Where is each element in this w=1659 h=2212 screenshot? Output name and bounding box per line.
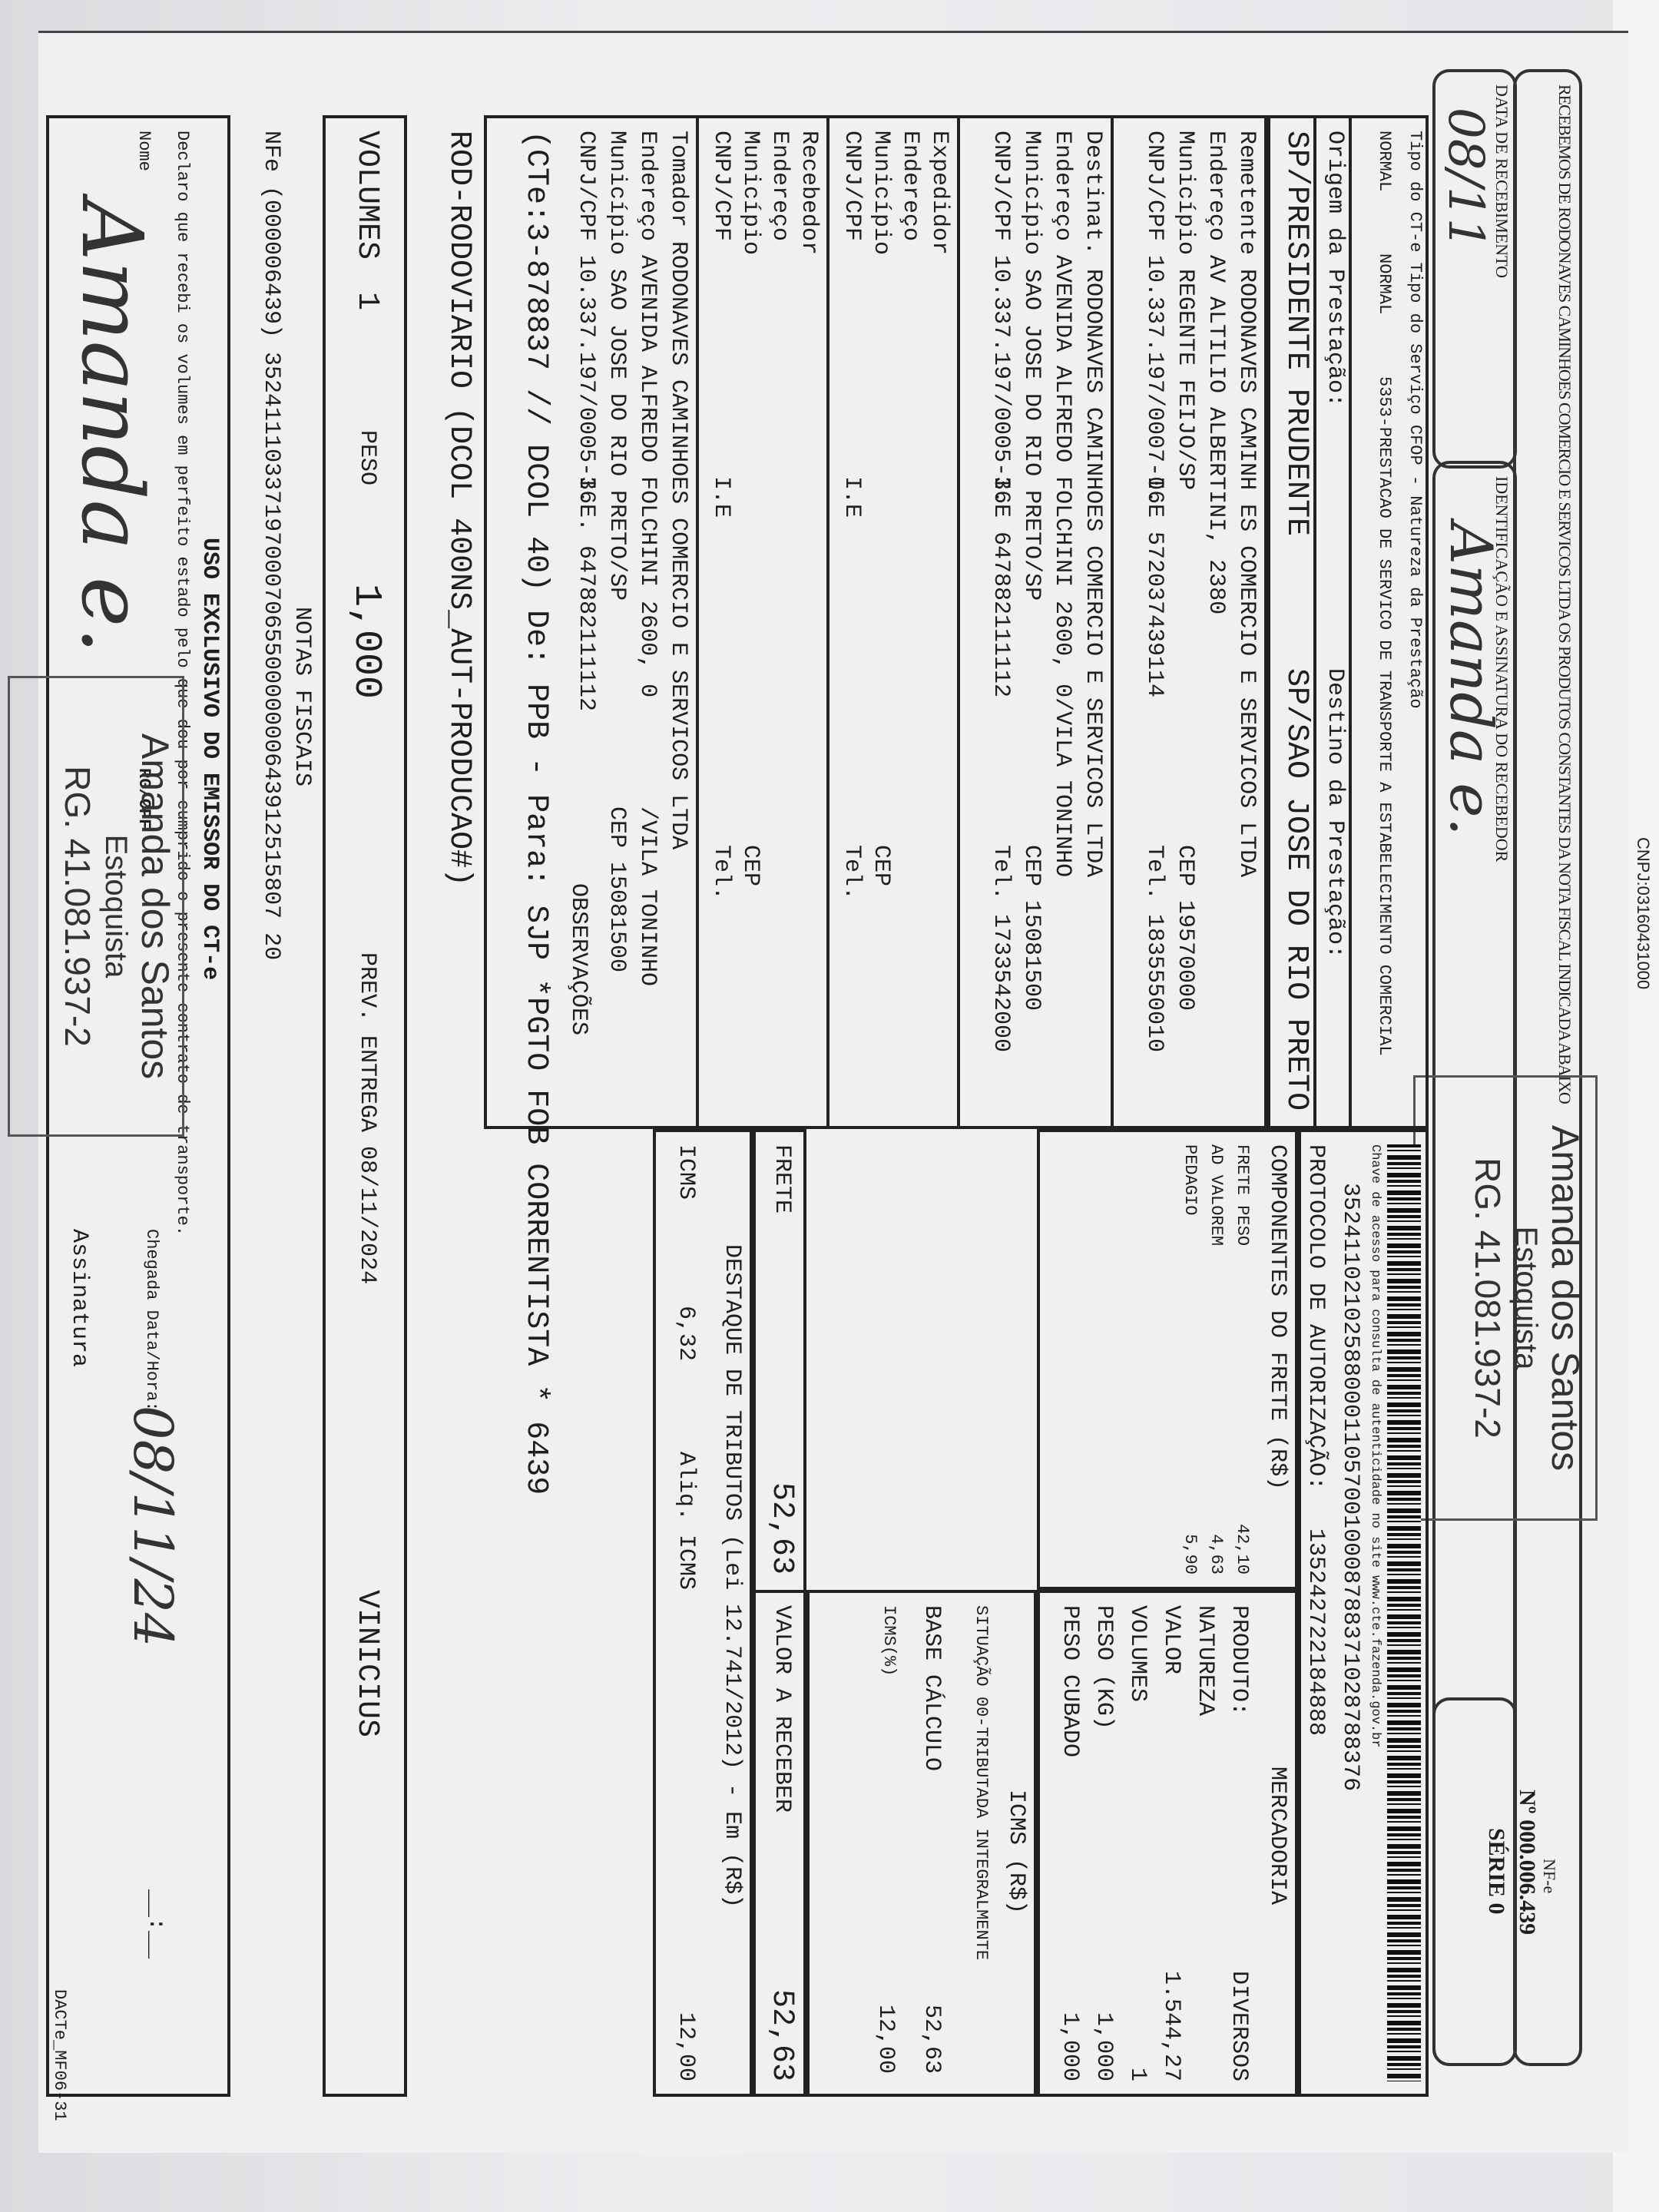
stamp-rg: RG. 41.081.937-2 [1467, 1078, 1508, 1518]
frete-item-value: 5,90 [1181, 1459, 1200, 1575]
destinatario-tel: Tel. 1733542000 [988, 845, 1014, 1052]
remetente-address: Endereço AV ALTILIO ALBERTINI, 2380 [1203, 131, 1229, 614]
remetente-cnpj: CNPJ/CPF 10.337.197/0007-06 [1141, 131, 1167, 504]
expedidor-name: Expedidor [926, 131, 952, 255]
origin-value: SP/PRESIDENTE PRUDENTE [1279, 131, 1313, 536]
tomador-cep: CEP 15081500 [604, 806, 630, 972]
tributos-icms-label: ICMS [673, 1144, 699, 1200]
protocol-label: PROTOCOLO DE AUTORIZAÇÃO: [1303, 1144, 1329, 1490]
remetente-city: Município REGENTE FEIJO/SP [1172, 131, 1198, 490]
tributos-aliq-label: Aliq. ICMS [673, 1452, 699, 1590]
icms-pct-label: ICMS(%) [879, 1605, 899, 1676]
frete-components-box [1037, 1129, 1298, 1590]
tomador-district: /VILA TONINHO [634, 806, 661, 986]
mercadoria-title: MERCADORIA [1264, 1767, 1290, 1905]
tomador-ie: I.E. 647882111112 [573, 476, 599, 711]
observacoes-line: (CTe:3-878837 // DCOL 40) De: PPB - Para… [518, 131, 553, 1495]
cnpj-fragment: CNPJ:03160431000 [1633, 837, 1653, 989]
receiver-stamp-top: Amanda dos Santos Estoquista RG. 41.081.… [1413, 1075, 1598, 1521]
access-key[interactable]: 3524110210258800011057001000878837102878… [1337, 1183, 1363, 1791]
receipt-date-value: 08/11 [1437, 108, 1494, 249]
mercadoria-row-value: DIVERSOS [1226, 1882, 1252, 2081]
expedidor-city: Município [868, 131, 894, 255]
chegada-value[interactable]: 08/11/24 [121, 1406, 184, 1647]
destinatario-name: Destinat. RODONAVES CAMINHOES COMERCIO E… [1080, 131, 1106, 877]
chegada-time[interactable]: __:__ [143, 1889, 169, 1959]
form-code: DACTe_MF06-31 [50, 1989, 69, 2121]
mercadoria-row-value: 1 [1124, 1882, 1151, 2081]
remetente-tel: Tel. 1835550010 [1141, 845, 1167, 1052]
tomador-city: Município SAO JOSE DO RIO PRETO/SP [604, 131, 630, 601]
frete-total-label: FRETE [769, 1144, 795, 1214]
cfop: 5353-PRESTACAO DE SERVICO DE TRANSPORTE … [1375, 376, 1394, 1056]
mercadoria-row-value: 1,000 [1091, 1882, 1117, 2081]
observacoes-title: OBSERVAÇÕES [565, 883, 591, 1035]
remetente-name: Remetente RODONAVES CAMINH ES COMERCIO E… [1233, 131, 1260, 877]
recebedor-name: Recebedor [796, 131, 822, 255]
receipt-date-label: DATA DE RECEBIMENTO [1492, 84, 1512, 278]
origin-label: Origem da Prestação: [1322, 131, 1348, 407]
mercadoria-row-label: PRODUTO: [1226, 1605, 1252, 1716]
motorista: VINICIUS [349, 1590, 384, 1737]
stamp-role: Estoquista [1508, 1078, 1543, 1518]
mercadoria-row-label: NATUREZA [1192, 1605, 1218, 1716]
destinatario-address: Endereço AVENIDA ALFREDO FOLCHINI 2600, … [1049, 131, 1075, 877]
valor-receber-label: VALOR A RECEBER [769, 1605, 795, 1813]
peso-value: 1,000 [344, 584, 388, 699]
recebedor-cep: CEP [737, 845, 763, 886]
icms-base-label: BASE CÁLCULO [919, 1605, 945, 1771]
recebedor-tel: Tel. [708, 845, 734, 900]
expedidor-cep: CEP [868, 845, 894, 886]
nfe-label: NF-e [1539, 1859, 1559, 1893]
destinatario-city: Município SAO JOSE DO RIO PRETO/SP [1018, 131, 1045, 601]
stamp-rg: RG. 41.081.937-2 [57, 678, 98, 1134]
recebedor-cnpj: CNPJ/CPF [708, 131, 734, 241]
expedidor-address: Endereço [897, 131, 923, 241]
frete-item-value: 42,10 [1233, 1459, 1252, 1575]
destination-value: SP/SAO JOSE DO RIO PRETO [1279, 668, 1313, 1111]
chegada-label: Chegada Data/Hora: [142, 1229, 161, 1412]
mercadoria-row-value: 1,000 [1057, 1882, 1083, 2081]
prev-entrega: PREV. ENTREGA 08/11/2024 [354, 952, 380, 1284]
recebedor-address: Endereço [767, 131, 793, 241]
icms-base-value: 52,63 [919, 1920, 945, 2074]
recebedor-ie: I.E [708, 476, 734, 518]
access-key-label: Chave de acesso para consulta de autenti… [1368, 1144, 1382, 1748]
mercadoria-row-label: PESO CUBADO [1057, 1605, 1083, 1757]
assinatura-label: Assinatura [66, 1229, 92, 1367]
receiver-stamp-bottom: Amanda dos Santos Estoquista RG. 41.081.… [8, 676, 184, 1137]
expedidor-tel: Tel. [839, 845, 865, 900]
notas-line: NFe (000006439) 352411103371970007065500… [258, 131, 284, 960]
cte-type-header: Tipo do CT-e Tipo do Serviço CFOP - Natu… [1406, 131, 1425, 709]
tomador-address: Endereço AVENIDA ALFREDO FOLCHINI 2600, … [634, 131, 661, 697]
service-type: NORMAL [1375, 253, 1394, 314]
tributos-title: DESTAQUE DE TRIBUTOS (Lei 12.741/2012) -… [719, 1244, 745, 1908]
expedidor-cnpj: CNPJ/CPF [839, 131, 865, 241]
mercadoria-row-label: VOLUMES [1124, 1605, 1151, 1702]
mercadoria-row-label: VALOR [1158, 1605, 1184, 1674]
volumes-value: 1 [349, 292, 384, 310]
modal-line: ROD-RODOVIARIO (DCOL 400NS_AUT-PRODUCAO#… [442, 131, 476, 886]
stamp-name: Amanda dos Santos [133, 678, 177, 1134]
valor-receber-value: 52,63 [764, 1912, 799, 2081]
destinatario-ie: I.E 647882111112 [988, 476, 1014, 697]
receipt-statement: RECEBEMOS DE RODONAVES CAMINHOES COMERCI… [1555, 84, 1575, 1104]
peso-label: PESO [354, 430, 380, 485]
mercadoria-row-label: PESO (KG) [1091, 1605, 1117, 1730]
photo-background: CNPJ:03160431000 RECEBEMOS DE RODONAVES … [0, 0, 1659, 2212]
frete-item-label: FRETE PESO [1233, 1144, 1252, 1246]
remetente-ie: I.E 572037439114 [1141, 476, 1167, 697]
tributos-aliq-value: 12,00 [673, 1912, 699, 2081]
nome-label: Nome [134, 131, 154, 171]
tomador-name: Tomador RODONAVES CAMINHOES COMERCIO E S… [665, 131, 691, 849]
tributos-icms-value: 6,32 [673, 1306, 699, 1361]
dacte-document: CNPJ:03160431000 RECEBEMOS DE RODONAVES … [0, 0, 1659, 2212]
frete-item-value: 4,63 [1207, 1459, 1226, 1575]
stamp-role: Estoquista [98, 678, 133, 1134]
mercadoria-row-value: 1.544,27 [1158, 1882, 1184, 2081]
icms-title: ICMS (R$) [1003, 1790, 1029, 1914]
receiver-signature[interactable]: Amanda e. [1437, 522, 1505, 836]
frete-item-label: PEDAGIO [1181, 1144, 1200, 1215]
uso-emissor-title: USO EXCLUSIVO DO EMISSOR DO CT-e [197, 538, 223, 980]
notas-title: NOTAS FISCAIS [289, 607, 315, 786]
remetente-cep: CEP 19570000 [1172, 845, 1198, 1011]
frete-item-label: AD VALOREM [1207, 1144, 1226, 1246]
cte-type: NORMAL [1375, 131, 1394, 191]
frete-title: COMPONENTES DO FRETE (R$) [1264, 1144, 1290, 1490]
nfe-number: Nº 000.006.439 [1514, 1790, 1540, 1935]
tomador-cnpj: CNPJ/CPF 10.337.197/0005-36 [573, 131, 599, 504]
volumes-label: VOLUMES [349, 131, 384, 260]
destinatario-cnpj: CNPJ/CPF 10.337.197/0005-36 [988, 131, 1014, 504]
barcode-icon [1387, 1144, 1421, 2081]
destinatario-cep: CEP 15081500 [1018, 845, 1045, 1011]
recebedor-city: Município [737, 131, 763, 255]
protocol-value: 135242722184888 [1303, 1528, 1329, 1736]
nfe-series: SÉRIE 0 [1483, 1828, 1509, 1915]
frete-total-value: 52,63 [764, 1398, 799, 1575]
nome-signature[interactable]: Amanda e. [63, 200, 161, 654]
icms-pct-value: 12,00 [873, 1920, 899, 2074]
icms-situacao: SITUAÇÃO 00-TRIBUTADA INTEGRALMENTE [972, 1605, 991, 1960]
destination-label: Destino da Prestação: [1322, 668, 1348, 959]
expedidor-ie: I.E [839, 476, 865, 518]
stamp-name: Amanda dos Santos [1543, 1078, 1588, 1518]
